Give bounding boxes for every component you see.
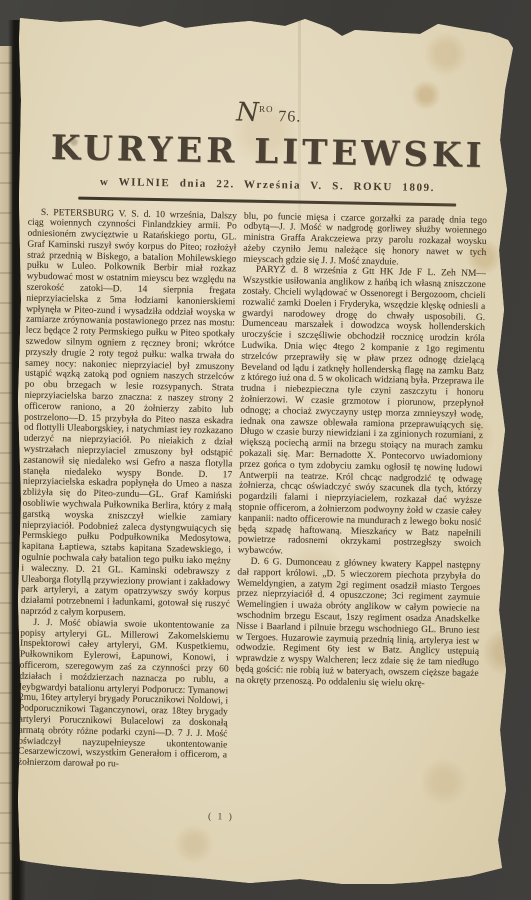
issue-number-superscript: RO xyxy=(259,104,274,114)
masthead: NRO76. KURYER LITEWSKI w WILNIE dnia 22.… xyxy=(26,12,511,207)
issue-number-value: 76. xyxy=(278,108,301,125)
left-column: S. PETERSBURG V. S. d. 10 września, Dals… xyxy=(17,207,237,807)
paragraph: blu, po funcie mięsa i czarce gorzałki z… xyxy=(243,211,487,269)
paragraph: D. 6 G. Dumonceau z główney kwatery Kapp… xyxy=(235,557,480,691)
paragraph: PARYŻ d. 8 września z Gtt HK Jde F L. Ze… xyxy=(238,265,486,561)
page-number: ( 1 ) xyxy=(0,807,462,826)
article-columns: S. PETERSBURG V. S. d. 10 września, Dals… xyxy=(17,207,508,812)
newspaper-title: KURYER LITEWSKI xyxy=(27,127,510,178)
paragraph: S. PETERSBURG V. S. d. 10 września, Dals… xyxy=(21,207,237,621)
right-column: blu, po funcie mięsa i czarce gorzałki z… xyxy=(233,211,487,811)
masthead-rule xyxy=(78,197,456,206)
issue-number: NRO76. xyxy=(28,94,510,133)
paragraph: J. J. Mość obiawia swoie ukontentowanie … xyxy=(18,617,230,772)
dateline: w WILNIE dnia 22. Września V. S. ROKU 18… xyxy=(26,175,508,196)
newspaper-page: NRO76. KURYER LITEWSKI w WILNIE dnia 22.… xyxy=(14,12,514,884)
printed-content: NRO76. KURYER LITEWSKI w WILNIE dnia 22.… xyxy=(15,12,512,827)
issue-number-initial: N xyxy=(236,97,259,127)
scan-background: NRO76. KURYER LITEWSKI w WILNIE dnia 22.… xyxy=(0,0,531,900)
